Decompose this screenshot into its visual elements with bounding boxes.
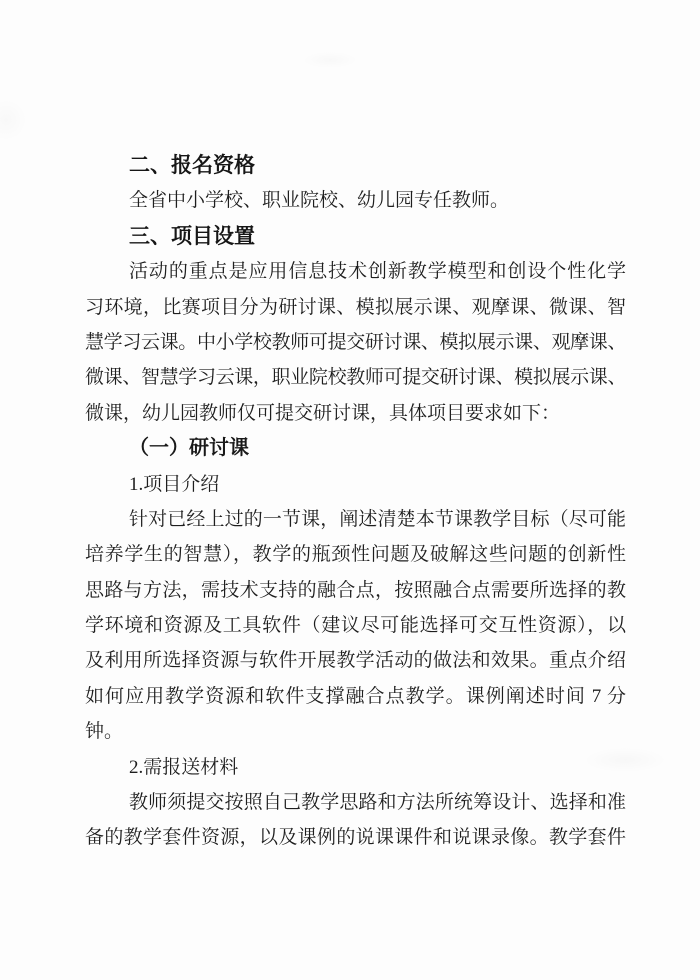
subsection-heading-seminar-course: （一）研讨课 <box>85 431 626 466</box>
paragraph-intro-line: 学环境和资源及工具软件（建议尽可能选择可交互性资源），以 <box>85 608 626 643</box>
document-body: 二、报名资格 全省中小学校、职业院校、幼儿园专任教师。 三、项目设置 活动的重点… <box>85 148 626 856</box>
scanned-document-page: 二、报名资格 全省中小学校、职业院校、幼儿园专任教师。 三、项目设置 活动的重点… <box>0 0 700 980</box>
list-item-materials: 2.需报送材料 <box>85 750 626 785</box>
paragraph-projects-line: 微课、智慧学习云课，职业院校教师可提交研讨课、模拟展示课、 <box>85 360 626 395</box>
paragraph-materials-line: 备的教学套件资源，以及课例的说课课件和说课录像。教学套件 <box>85 820 626 855</box>
paragraph-intro-line: 如何应用教学资源和软件支撑融合点教学。课例阐述时间 7 分 <box>85 679 626 714</box>
paragraph-projects-line: 习环境，比赛项目分为研讨课、模拟展示课、观摩课、微课、智 <box>85 290 626 325</box>
paragraph-intro-line: 钟。 <box>85 714 626 749</box>
section-heading-projects: 三、项目设置 <box>85 219 626 254</box>
paragraph-intro-line: 及利用所选择资源与软件开展教学活动的做法和效果。重点介绍 <box>85 643 626 678</box>
paragraph-projects-line: 活动的重点是应用信息技术创新教学模型和创设个性化学 <box>85 254 626 289</box>
section-heading-registration: 二、报名资格 <box>85 148 626 183</box>
paragraph-intro-line: 思路与方法，需技术支持的融合点，按照融合点需要所选择的教 <box>85 573 626 608</box>
paragraph-projects-line: 慧学习云课。中小学校教师可提交研讨课、模拟展示课、观摩课、 <box>85 325 626 360</box>
paragraph-materials-line: 教师须提交按照自己教学思路和方法所统筹设计、选择和准 <box>85 785 626 820</box>
list-item-project-intro: 1.项目介绍 <box>85 467 626 502</box>
paragraph-intro-line: 培养学生的智慧），教学的瓶颈性问题及破解这些问题的创新性 <box>85 537 626 572</box>
paragraph-intro-line: 针对已经上过的一节课，阐述清楚本节课教学目标（尽可能 <box>85 502 626 537</box>
paragraph-projects-line: 微课，幼儿园教师仅可提交研讨课，具体项目要求如下： <box>85 396 626 431</box>
paragraph-eligibility-line: 全省中小学校、职业院校、幼儿园专任教师。 <box>85 183 626 218</box>
